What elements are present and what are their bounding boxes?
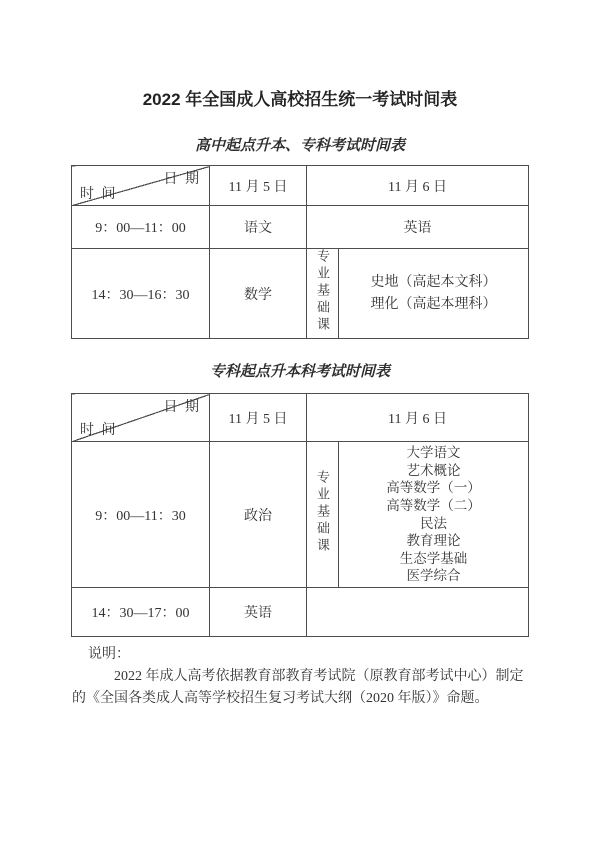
table2-time-cell: 9：00—11：30: [72, 442, 210, 588]
table2-day2-empty-cell: [307, 588, 529, 637]
table2-day1-subject: 英语: [210, 588, 307, 637]
table1-time-cell: 9：00—11：00: [72, 206, 210, 249]
notes-body: 2022 年成人高考依据教育部教育考试院（原教育部考试中心）制定的《全国各类成人…: [72, 666, 524, 710]
table1-day1-subject: 数学: [210, 249, 307, 339]
document-page: 2022 年全国成人高校招生统一考试时间表 高中起点升本、专科考试时间表 日 期…: [0, 0, 600, 848]
table1-time-cell: 14：30—16：30: [72, 249, 210, 339]
table1-header-row: 日 期 时 间 11 月 5 日 11 月 6 日: [72, 166, 529, 206]
table2-row-afternoon: 14：30—17：00 英语: [72, 588, 529, 637]
corner-date-label: 日 期: [164, 396, 202, 416]
corner-time-label: 时 间: [80, 183, 118, 203]
table2-header-row: 日 期 时 间 11 月 5 日 11 月 6 日: [72, 394, 529, 442]
table2-header-nov6: 11 月 6 日: [307, 394, 529, 442]
table2-exam-schedule: 日 期 时 间 11 月 5 日 11 月 6 日 9：00—11：30 政治 …: [71, 393, 529, 637]
table1-row-morning: 9：00—11：00 语文 英语: [72, 206, 529, 249]
table2-time-cell: 14：30—17：00: [72, 588, 210, 637]
table2-caption: 专科起点升本科考试时间表: [0, 360, 600, 381]
table2-subject-list: 大学语文 艺术概论 高等数学（一） 高等数学（二） 民法 教育理论 生态学基础 …: [339, 442, 529, 588]
vertical-group-label: 专业基础课: [316, 470, 329, 555]
table1-corner-cell: 日 期 时 间: [72, 166, 210, 206]
table1-exam-schedule: 日 期 时 间 11 月 5 日 11 月 6 日 9：00—11：00 语文 …: [71, 165, 529, 339]
table2-corner-cell: 日 期 时 间: [72, 394, 210, 442]
table2-group-label-cell: 专业基础课: [307, 442, 339, 588]
page-title: 2022 年全国成人高校招生统一考试时间表: [0, 85, 600, 110]
table1-header-nov6: 11 月 6 日: [307, 166, 529, 206]
notes-label: 说明：: [72, 644, 524, 666]
table1-header-nov5: 11 月 5 日: [210, 166, 307, 206]
table1-subject-list: 史地（高起本文科） 理化（高起本理科）: [339, 249, 529, 339]
corner-time-label: 时 间: [80, 419, 118, 439]
notes-section: 说明： 2022 年成人高考依据教育部教育考试院（原教育部考试中心）制定的《全国…: [72, 644, 524, 710]
corner-date-label: 日 期: [164, 168, 202, 188]
table2-day1-subject: 政治: [210, 442, 307, 588]
table1-caption: 高中起点升本、专科考试时间表: [0, 134, 600, 155]
table1-day1-subject: 语文: [210, 206, 307, 249]
table2-header-nov5: 11 月 5 日: [210, 394, 307, 442]
table2-row-morning: 9：00—11：30 政治 专业基础课 大学语文 艺术概论 高等数学（一） 高等…: [72, 442, 529, 588]
table1-row-afternoon: 14：30—16：30 数学 专业基础课 史地（高起本文科） 理化（高起本理科）: [72, 249, 529, 339]
vertical-group-label: 专业基础课: [316, 249, 329, 334]
table1-group-label-cell: 专业基础课: [307, 249, 339, 339]
table1-day2-subject: 英语: [307, 206, 529, 249]
